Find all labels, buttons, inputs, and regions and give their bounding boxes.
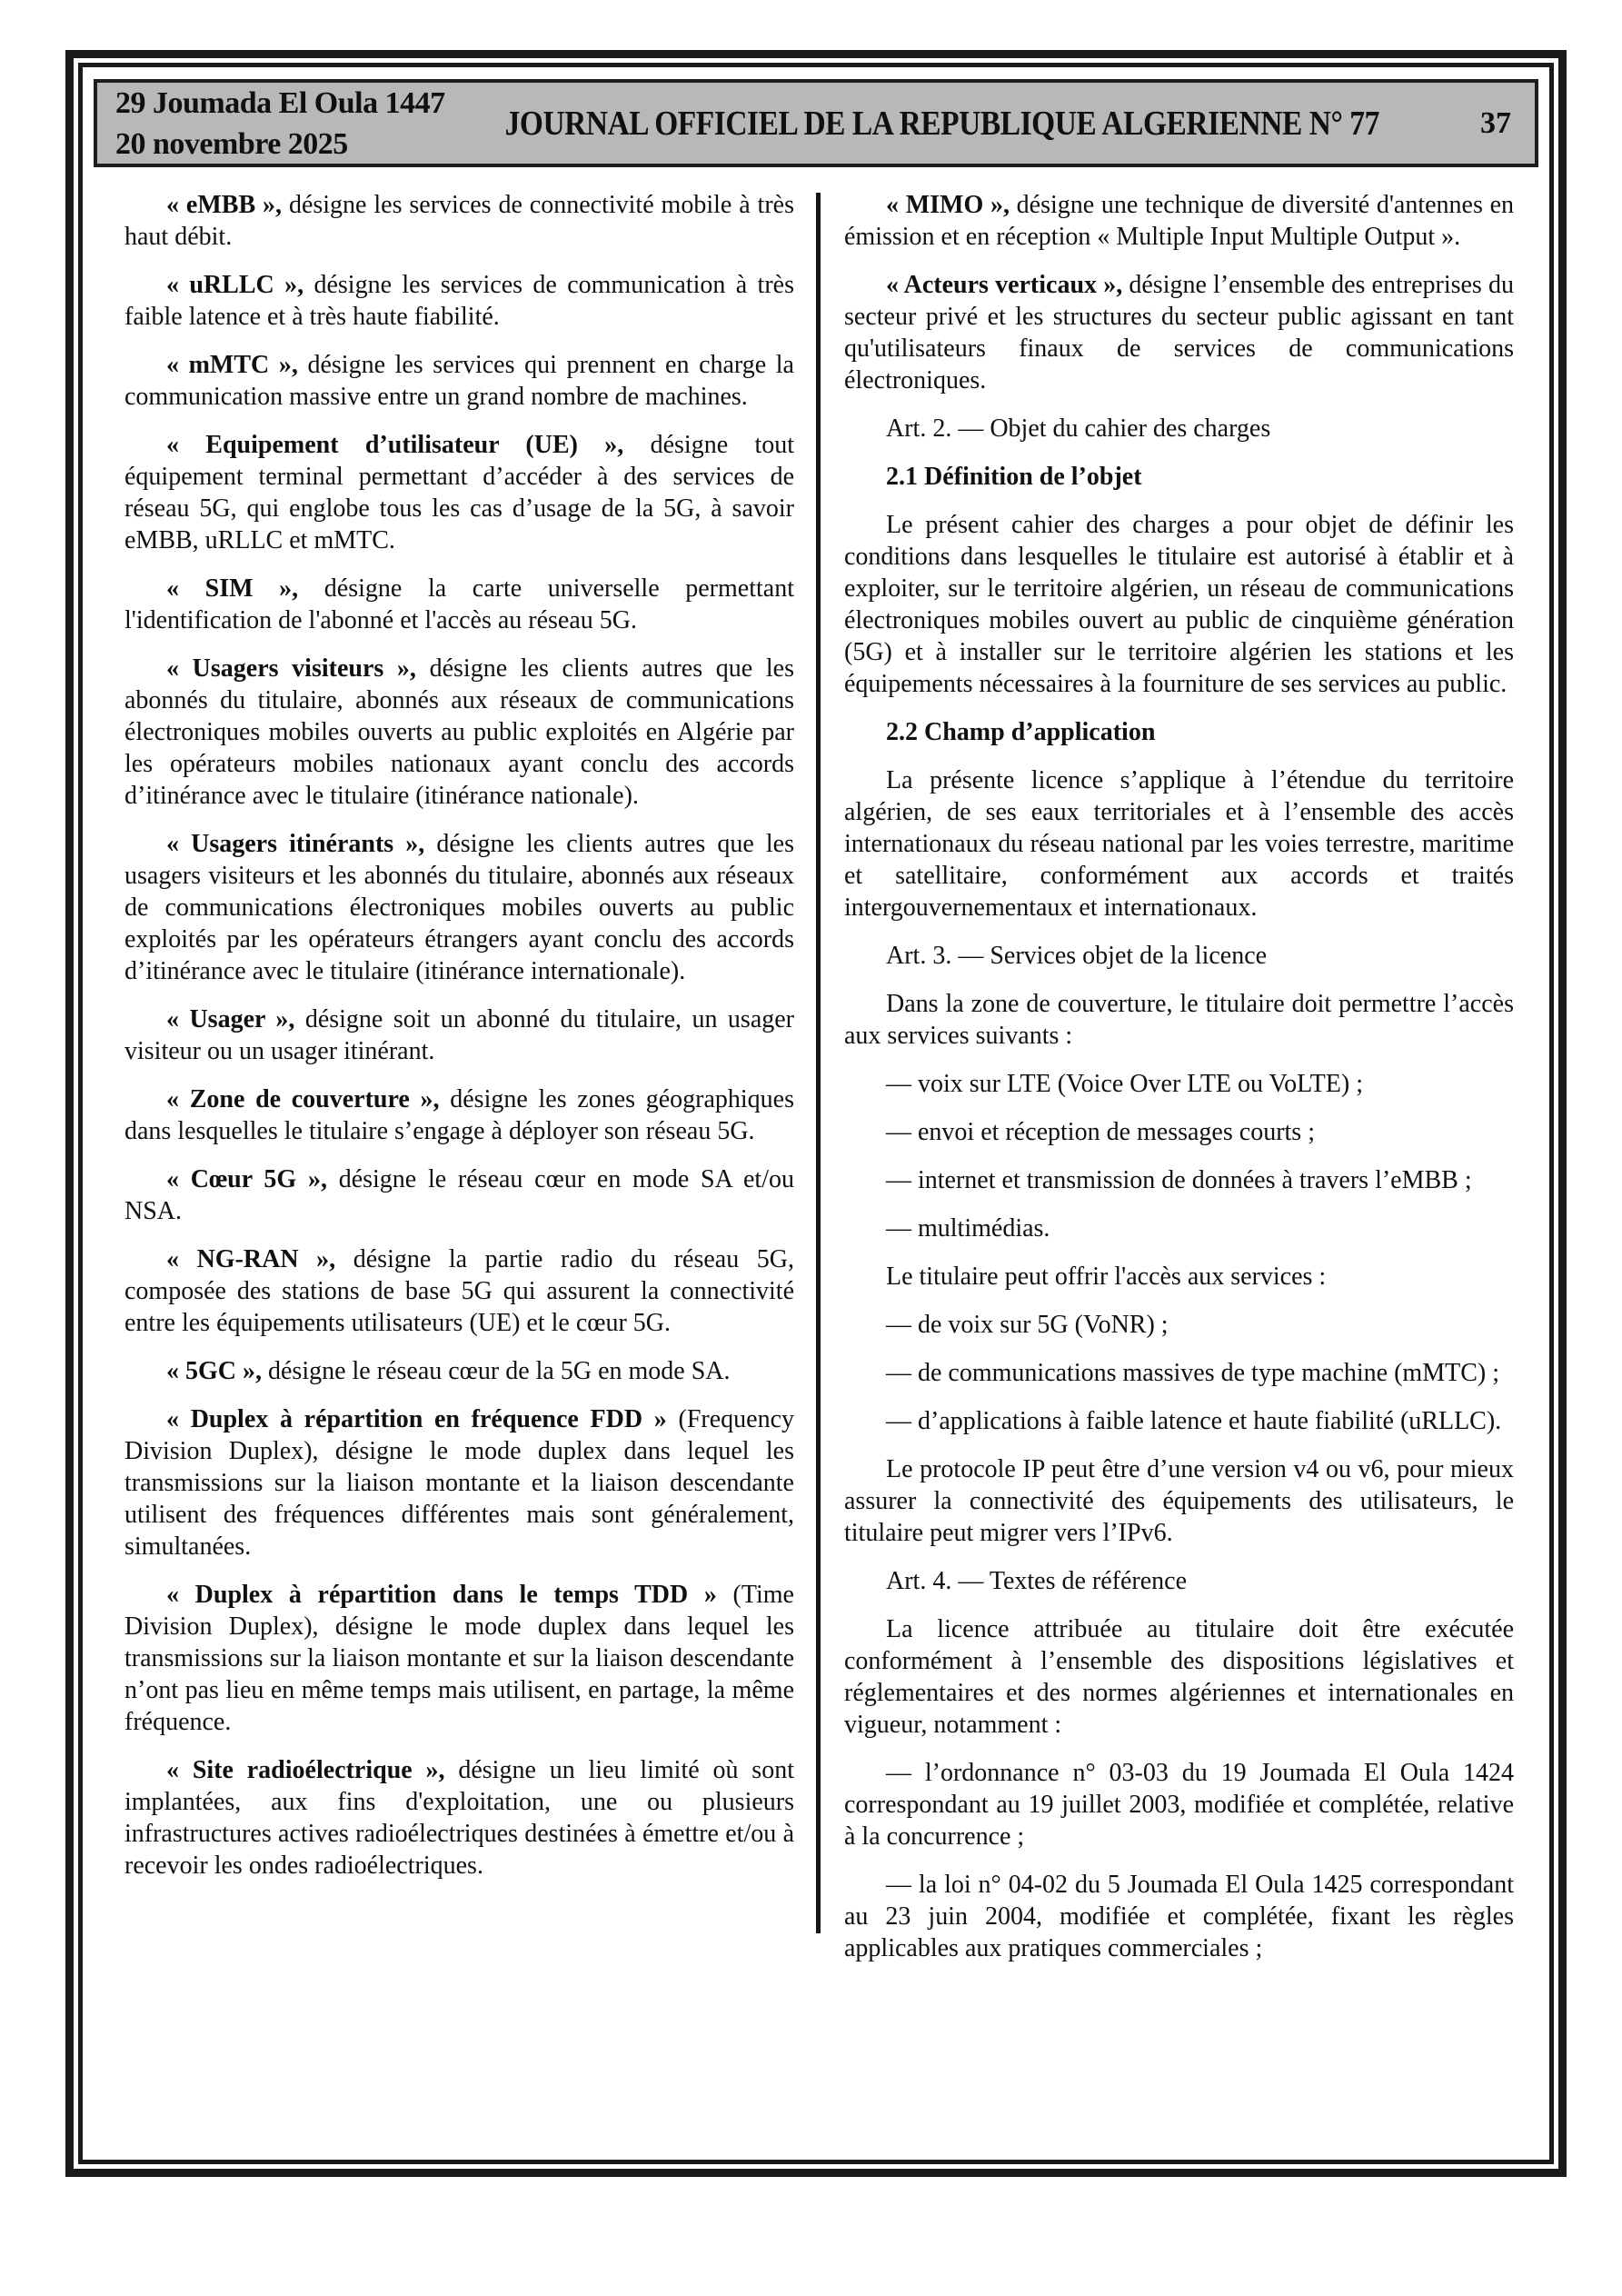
list-item: — internet et transmission de données à …	[844, 1164, 1514, 1196]
definition-paragraph: « Usagers visiteurs », désigne les clien…	[124, 653, 794, 812]
journal-title: JOURNAL OFFICIEL DE LA REPUBLIQUE ALGERI…	[504, 104, 1378, 144]
page-body: « eMBB », désigne les services de connec…	[83, 167, 1549, 1964]
date-hijri: 29 Joumada El Oula 1447	[115, 83, 445, 124]
list-item: — multimédias.	[844, 1213, 1514, 1244]
definition-paragraph: « SIM », désigne la carte universelle pe…	[124, 573, 794, 636]
journal-header: 29 Joumada El Oula 1447 20 novembre 2025…	[94, 79, 1538, 167]
definition-paragraph: « NG-RAN », désigne la partie radio du r…	[124, 1243, 794, 1339]
page-frame: 29 Joumada El Oula 1447 20 novembre 2025…	[65, 50, 1567, 2177]
paragraph: Le présent cahier des charges a pour obj…	[844, 509, 1514, 700]
paragraph: Le protocole IP peut être d’une version …	[844, 1453, 1514, 1549]
list-item: — de communications massives de type mac…	[844, 1357, 1514, 1389]
paragraph: Art. 3. — Services objet de la licence	[844, 940, 1514, 972]
list-item: — l’ordonnance n° 03-03 du 19 Joumada El…	[844, 1757, 1514, 1852]
right-column: « MIMO », désigne une technique de diver…	[844, 189, 1514, 1964]
paragraph: Art. 2. — Objet du cahier des charges	[844, 413, 1514, 444]
definition-paragraph: « 5GC », désigne le réseau cœur de la 5G…	[124, 1355, 794, 1387]
definition-paragraph: « Usager », désigne soit un abonné du ti…	[124, 1003, 794, 1067]
definition-paragraph: « Site radioélectrique », désigne un lie…	[124, 1754, 794, 1882]
paragraph: Le titulaire peut offrir l'accès aux ser…	[844, 1261, 1514, 1293]
definition-paragraph: « mMTC », désigne les services qui prenn…	[124, 349, 794, 413]
definition-paragraph: « Cœur 5G », désigne le réseau cœur en m…	[124, 1163, 794, 1227]
paragraph: La présente licence s’applique à l’étend…	[844, 764, 1514, 923]
list-item: — d’applications à faible latence et hau…	[844, 1405, 1514, 1437]
definition-paragraph: « uRLLC », désigne les services de commu…	[124, 269, 794, 333]
paragraph: Art. 4. — Textes de référence	[844, 1565, 1514, 1597]
paragraph: Dans la zone de couverture, le titulaire…	[844, 988, 1514, 1052]
definition-paragraph: « Duplex à répartition dans le temps TDD…	[124, 1579, 794, 1738]
section-heading: 2.1 Définition de l’objet	[844, 461, 1514, 493]
date-gregorian: 20 novembre 2025	[115, 124, 445, 165]
definition-paragraph: « Usagers itinérants », désigne les clie…	[124, 828, 794, 987]
left-column: « eMBB », désigne les services de connec…	[124, 189, 794, 1964]
definition-paragraph: « Duplex à répartition en fréquence FDD …	[124, 1403, 794, 1562]
list-item: — envoi et réception de messages courts …	[844, 1116, 1514, 1148]
list-item: — la loi n° 04-02 du 5 Joumada El Oula 1…	[844, 1869, 1514, 1964]
definition-paragraph: « MIMO », désigne une technique de diver…	[844, 189, 1514, 253]
page-number: 37	[1438, 106, 1535, 141]
definition-paragraph: « Zone de couverture », désigne les zone…	[124, 1083, 794, 1147]
list-item: — voix sur LTE (Voice Over LTE ou VoLTE)…	[844, 1068, 1514, 1100]
page-frame-inner: 29 Joumada El Oula 1447 20 novembre 2025…	[78, 63, 1554, 2164]
definition-paragraph: « Acteurs verticaux », désigne l’ensembl…	[844, 269, 1514, 396]
paragraph: La licence attribuée au titulaire doit ê…	[844, 1613, 1514, 1741]
definition-paragraph: « eMBB », désigne les services de connec…	[124, 189, 794, 253]
definition-paragraph: « Equipement d’utilisateur (UE) », désig…	[124, 429, 794, 556]
journal-page: 29 Joumada El Oula 1447 20 novembre 2025…	[0, 0, 1622, 2296]
list-item: — de voix sur 5G (VoNR) ;	[844, 1309, 1514, 1341]
section-heading: 2.2 Champ d’application	[844, 716, 1514, 748]
column-divider	[816, 193, 821, 1933]
header-dates: 29 Joumada El Oula 1447 20 novembre 2025	[97, 83, 445, 165]
